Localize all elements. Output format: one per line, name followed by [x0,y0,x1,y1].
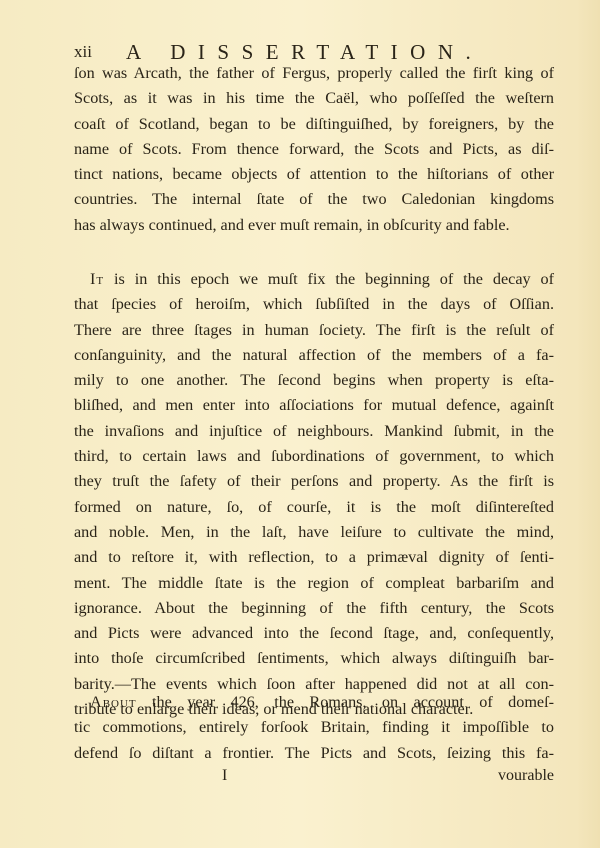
text-line: mily to one another. The ſecond begins w… [74,368,554,393]
signature-mark: I [222,767,227,785]
text-line: ſon was Arcath, the father of Fergus, pr… [74,61,554,86]
paragraph-2: It is in this epoch we muſt fix the begi… [74,267,554,722]
text-line: About the year 426, the Romans, on accou… [74,690,554,715]
text-line: third, to certain laws and ſubordination… [74,444,554,469]
text-line: coaſt of Scotland, began to be diſtingui… [74,112,554,137]
catchword: vourable [498,767,554,785]
text-line: tinct nations, became objects of attenti… [74,162,554,187]
lead-word: It [90,270,104,288]
page-footer: I vourable [74,767,554,791]
text-line: name of Scots. From thence forward, the … [74,137,554,162]
text-line: into thoſe circumſcribed ſentiments, whi… [74,646,554,671]
page-number: xii [74,42,92,62]
text-line: conſanguinity, and the natural affection… [74,343,554,368]
text-line: that ſpecies of heroiſm, which ſubſiſted… [74,292,554,317]
paragraph-1: ſon was Arcath, the father of Fergus, pr… [74,61,554,238]
text-line: bliſhed, and men enter into aſſociations… [74,393,554,418]
text-line: has always continued, and ever muſt rema… [74,213,554,238]
text-line: ment. The middle ſtate is the region of … [74,571,554,596]
text-line: and to reſtore it, with reflection, to a… [74,545,554,570]
text-line: and noble. Men, in the laſt, have leiſur… [74,520,554,545]
text-line: Scots, as it was in his time the Caël, w… [74,86,554,111]
text-line: they truſt the ſafety of their perſons a… [74,469,554,494]
text-line: tic commotions, entirely forſook Britain… [74,715,554,740]
text-line: ignorance. About the beginning of the fi… [74,596,554,621]
text-line: countries. The internal ſtate of the two… [74,187,554,212]
text-line: the invaſions and injuſtice of neighbour… [74,419,554,444]
text-line: defend ſo diſtant a frontier. The Picts … [74,741,554,766]
text-line: formed on nature, ſo, of courſe, it is t… [74,495,554,520]
text-line: and Picts were advanced into the ſecond … [74,621,554,646]
text-line: It is in this epoch we muſt fix the begi… [74,267,554,292]
text-line: There are three ſtages in human ſociety.… [74,318,554,343]
paragraph-3: About the year 426, the Romans, on accou… [74,690,554,766]
lead-word: About [90,693,137,711]
